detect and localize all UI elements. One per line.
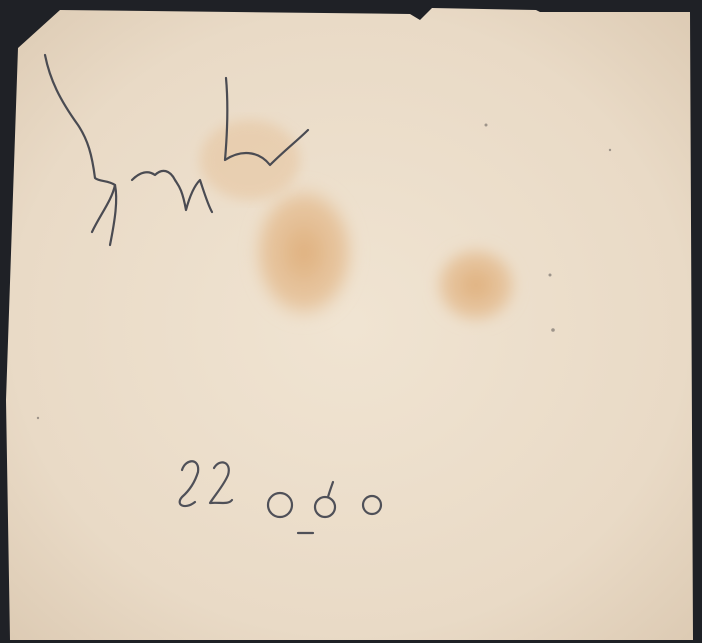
paper-fragment	[0, 0, 702, 643]
stain-top	[200, 120, 300, 200]
stain-right	[431, 243, 521, 327]
stain-left	[248, 180, 360, 325]
paper-sheet	[6, 8, 693, 640]
